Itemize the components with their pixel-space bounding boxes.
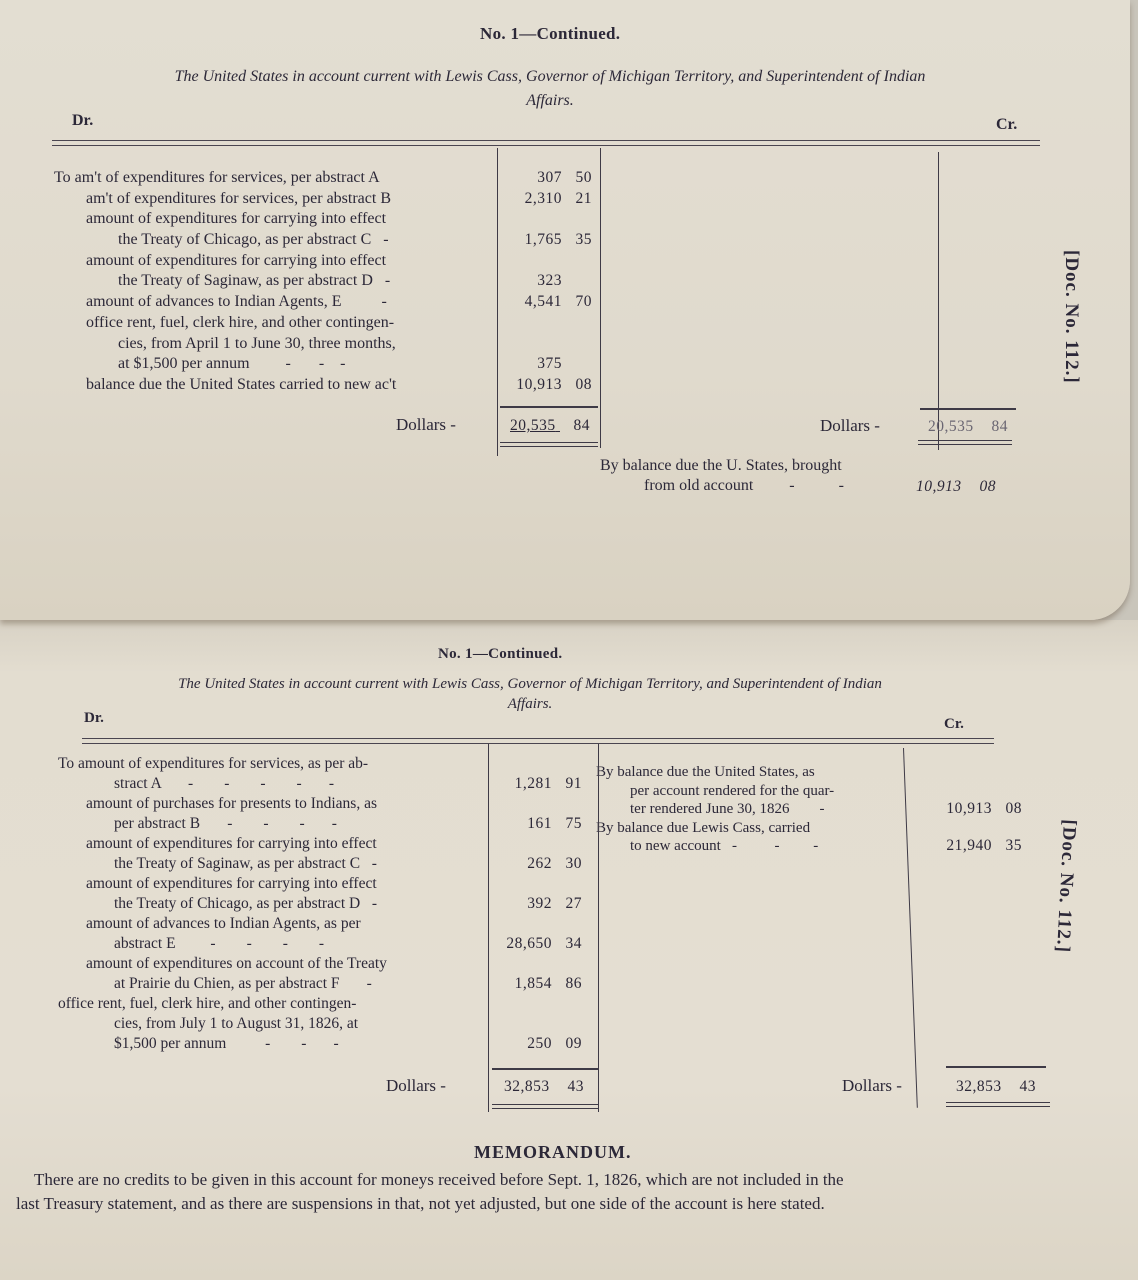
- credit-total: 20,535 84: [918, 418, 1008, 436]
- column-rule: [938, 152, 939, 450]
- sum-rule: [946, 1066, 1046, 1068]
- line-amount: 28,65034: [492, 935, 582, 953]
- line-description: amount of expenditures on account of the…: [86, 954, 387, 975]
- debit-total-label: Dollars -: [386, 1076, 446, 1097]
- header-rule: [52, 140, 1040, 146]
- line-amount: 1,85486: [492, 975, 582, 993]
- sum-rule: [920, 408, 1016, 410]
- line-description: ter rendered June 30, 1826 -: [630, 799, 825, 820]
- account-subtitle-cont: Affairs.: [500, 92, 600, 110]
- line-description: office rent, fuel, clerk hire, and other…: [86, 313, 394, 334]
- line-description: am't of expenditures for services, per a…: [86, 189, 391, 210]
- line-amount: 375: [502, 355, 592, 373]
- line-description: By balance due the United States, as: [596, 762, 815, 783]
- line-description: the Treaty of Saginaw, as per abstract C…: [114, 854, 377, 875]
- line-description: To am't of expenditures for services, pe…: [54, 168, 380, 189]
- sum-rule: [500, 406, 598, 408]
- line-description: amount of expenditures for carrying into…: [86, 251, 386, 272]
- line-description: at $1,500 per annum - - -: [118, 354, 346, 375]
- column-rule: [600, 148, 601, 448]
- account-subtitle: The United States in account current wit…: [60, 676, 1000, 693]
- line-description: abstract E - - - -: [114, 934, 324, 955]
- line-amount: 25009: [492, 1035, 582, 1053]
- header-rule: [82, 738, 994, 744]
- line-description: the Treaty of Chicago, as per abstract C…: [118, 230, 389, 251]
- sum-rule: [492, 1068, 598, 1070]
- line-description: per account rendered for the quar-: [630, 781, 834, 802]
- column-rule: [598, 744, 599, 1112]
- brought-forward-line2: from old account - -: [644, 476, 844, 497]
- doc-number-label: [Doc. No. 112.]: [1060, 250, 1082, 384]
- memorandum-title: MEMORANDUM.: [474, 1142, 631, 1163]
- credit-total-label: Dollars -: [820, 416, 880, 437]
- line-description: amount of advances to Indian Agents, E -: [86, 292, 387, 313]
- brought-forward-amount: 10,913 08: [906, 478, 996, 496]
- line-description: office rent, fuel, clerk hire, and other…: [58, 994, 356, 1015]
- top-page: No. 1—Continued. The United States in ac…: [0, 0, 1130, 620]
- total-double-rule: [500, 442, 598, 447]
- line-description: amount of expenditures for carrying into…: [86, 834, 377, 855]
- debit-total: 20,535 84: [500, 417, 590, 435]
- line-description: amount of expenditures for carrying into…: [86, 874, 377, 895]
- line-description: cies, from July 1 to August 31, 1826, at: [114, 1014, 358, 1035]
- line-description: amount of advances to Indian Agents, as …: [86, 914, 361, 935]
- memorandum-line1: There are no credits to be given in this…: [34, 1170, 844, 1190]
- line-amount: 10,91308: [502, 376, 592, 394]
- debit-total-label: Dollars -: [396, 415, 456, 436]
- account-subtitle: The United States in account current wit…: [50, 68, 1050, 86]
- credit-total-label: Dollars -: [842, 1076, 902, 1097]
- line-description: To amount of expenditures for services, …: [58, 754, 368, 775]
- brought-forward-line1: By balance due the U. States, brought: [600, 456, 842, 477]
- total-double-rule: [492, 1104, 598, 1109]
- bottom-page: No. 1—Continued. The United States in ac…: [0, 620, 1138, 1280]
- doc-number-label: [Doc. No. 112.]: [1051, 819, 1080, 954]
- line-description: cies, from April 1 to June 30, three mon…: [118, 334, 396, 355]
- line-description: $1,500 per annum - - -: [114, 1034, 339, 1055]
- line-description: the Treaty of Saginaw, as per abstract D…: [118, 271, 390, 292]
- line-description: By balance due Lewis Cass, carried: [596, 818, 810, 839]
- line-amount: 16175: [492, 815, 582, 833]
- column-rule: [497, 148, 498, 456]
- line-description: amount of expenditures for carrying into…: [86, 209, 386, 230]
- line-amount: 21,94035: [932, 837, 1022, 855]
- line-amount: 323: [502, 272, 592, 290]
- line-description: at Prairie du Chien, as per abstract F -: [114, 974, 372, 995]
- line-description: the Treaty of Chicago, as per abstract D…: [114, 894, 377, 915]
- line-description: stract A - - - - -: [114, 774, 334, 795]
- line-description: balance due the United States carried to…: [86, 375, 396, 396]
- line-amount: 26230: [492, 855, 582, 873]
- debit-total: 32,853 43: [494, 1078, 584, 1096]
- line-amount: 1,28191: [492, 775, 582, 793]
- credit-total: 32,853 43: [946, 1078, 1036, 1096]
- total-double-rule: [946, 1102, 1050, 1107]
- line-description: per abstract B - - - -: [114, 814, 337, 835]
- column-rule: [488, 744, 489, 1112]
- memorandum-line2: last Treasury statement, and as there ar…: [16, 1194, 825, 1214]
- page-heading: No. 1—Continued.: [438, 646, 562, 663]
- line-amount: 30750: [502, 169, 592, 187]
- credit-label: Cr.: [996, 116, 1017, 134]
- line-description: amount of purchases for presents to Indi…: [86, 794, 377, 815]
- line-amount: 10,91308: [932, 800, 1022, 818]
- page-heading: No. 1—Continued.: [480, 24, 620, 44]
- credit-label: Cr.: [944, 716, 964, 733]
- line-amount: 2,31021: [502, 190, 592, 208]
- total-double-rule: [918, 440, 1012, 445]
- line-description: to new account - - -: [630, 836, 818, 857]
- account-subtitle-cont: Affairs.: [480, 696, 580, 713]
- debit-label: Dr.: [84, 710, 104, 727]
- line-amount: 4,54170: [502, 293, 592, 311]
- column-rule: [903, 748, 918, 1108]
- debit-label: Dr.: [72, 112, 93, 130]
- line-amount: 39227: [492, 895, 582, 913]
- line-amount: 1,76535: [502, 231, 592, 249]
